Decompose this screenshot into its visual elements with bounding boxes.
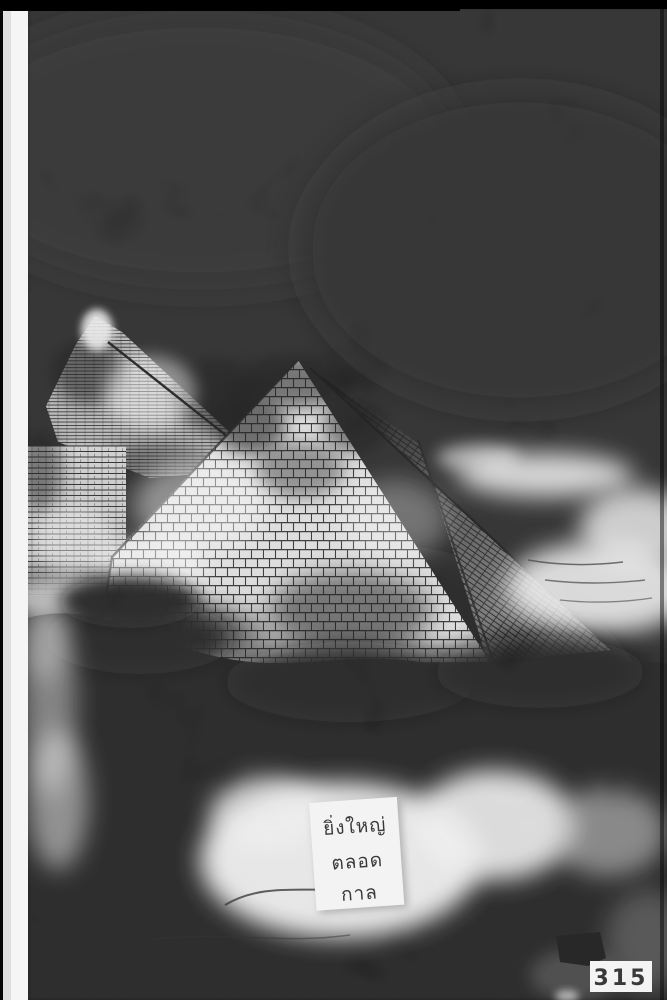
scan-blotch-overlay [28,8,667,1000]
left-margin-shading [3,0,11,1000]
top-black-bar-heavy [0,0,460,11]
left-edge-line [0,0,3,1000]
pyramids-night-illustration: ยิ่งใหญ่ ตลอด กาล 315 [0,0,667,1000]
manga-page: ยิ่งใหญ่ ตลอด กาล 315 [0,0,667,1000]
right-edge-shadow [660,9,664,1000]
